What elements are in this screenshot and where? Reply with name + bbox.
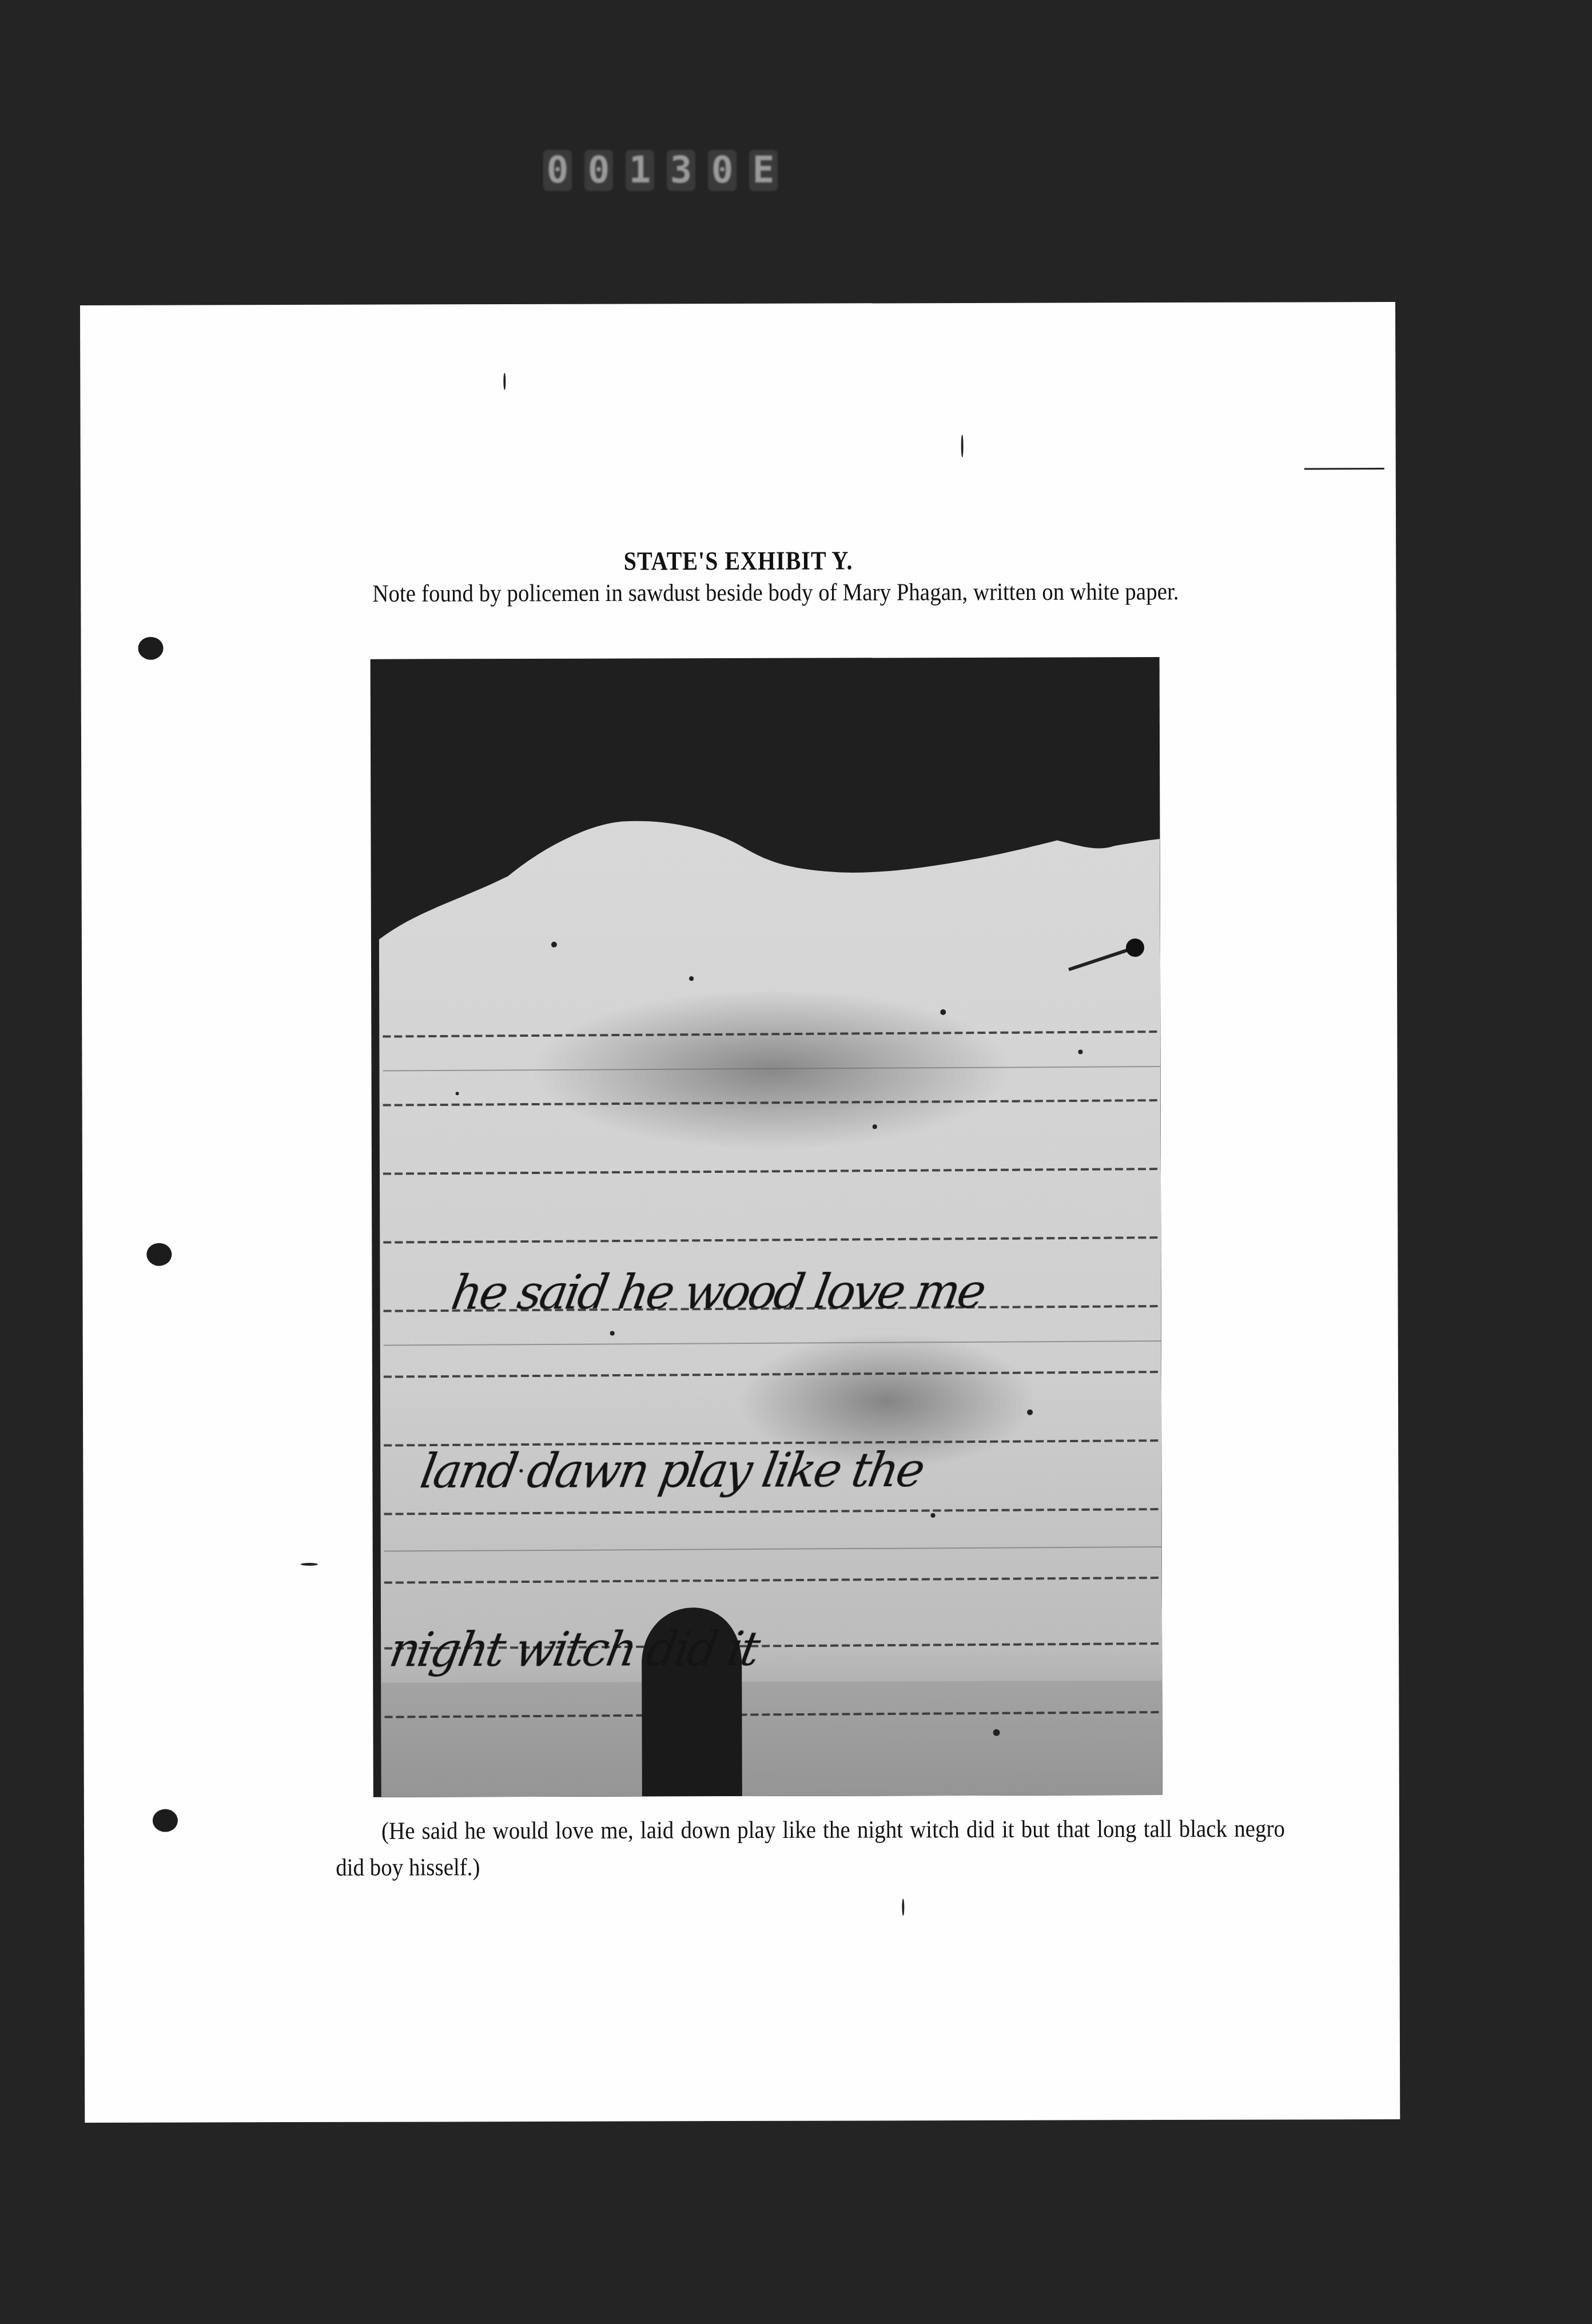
handwritten-note: he said he wood love me land dawn play l… <box>371 1143 1163 1797</box>
note-transcription: (He said he would love me, laid down pla… <box>336 1810 1285 1886</box>
dust-speck <box>301 1563 318 1566</box>
frame-digit: 0 <box>543 150 572 191</box>
dust-speck <box>902 1899 904 1916</box>
frame-digit: 3 <box>667 150 695 191</box>
frame-digit: 1 <box>626 150 654 191</box>
dust-speck <box>503 373 506 390</box>
frame-digit: 0 <box>584 150 613 191</box>
dust-speck <box>1304 468 1384 469</box>
handwritten-line: land dawn play like the <box>416 1440 1163 1502</box>
document-page: STATE'S EXHIBIT Y. Note found by policem… <box>80 302 1400 2123</box>
handwritten-line: he said he wood love me <box>447 1262 1163 1324</box>
punch-hole-middle <box>146 1243 172 1266</box>
punch-hole-top <box>138 637 164 660</box>
frame-digit: E <box>749 150 778 191</box>
frame-digit: 0 <box>708 150 737 191</box>
microfilm-frame-counter: 0 0 1 3 0 E <box>543 150 778 191</box>
exhibit-caption: Note found by policemen in sawdust besid… <box>321 572 1270 614</box>
dust-speck <box>961 435 964 457</box>
punch-hole-bottom <box>153 1809 178 1832</box>
handwritten-line: night witch did it <box>385 1619 1161 1681</box>
note-photograph: he said he wood love me land dawn play l… <box>371 657 1163 1797</box>
